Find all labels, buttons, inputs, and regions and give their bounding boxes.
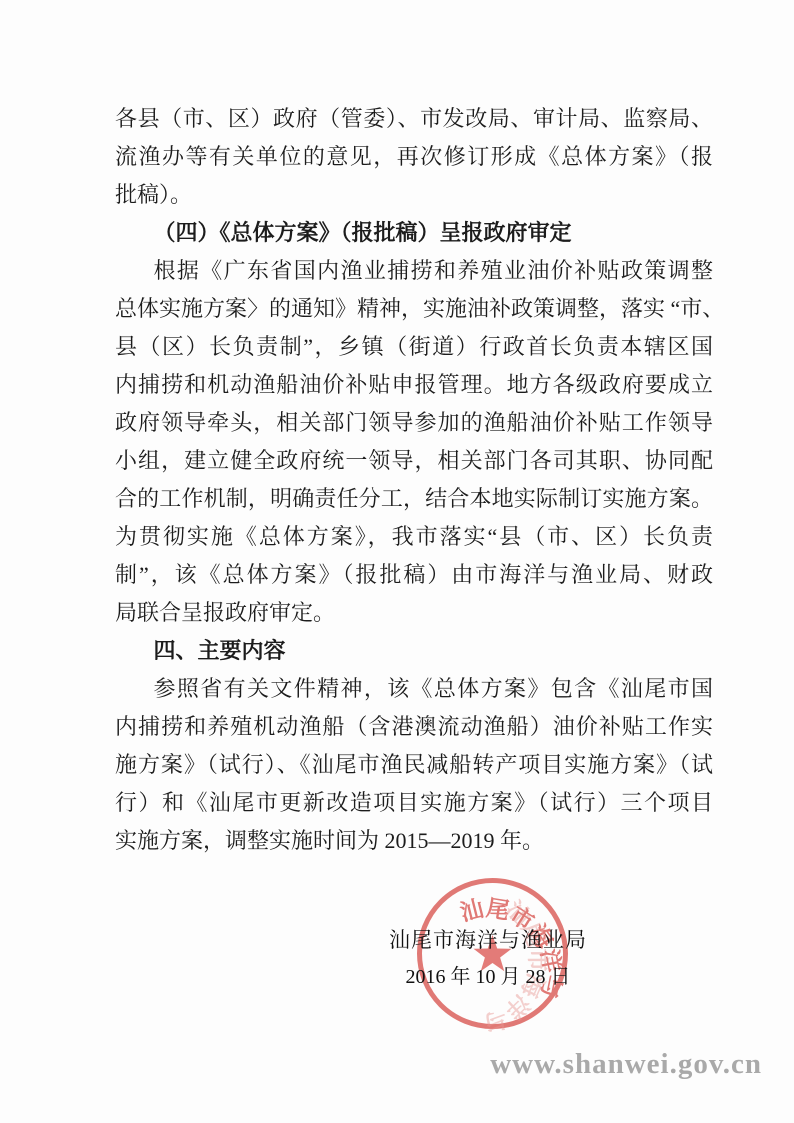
document-line: 县（区）长负责制”，乡镇（街道）行政首长负责本辖区国 xyxy=(115,328,713,366)
document-line: 政府领导牵头，相关部门领导参加的渔船油价补贴工作领导 xyxy=(115,404,713,442)
signature-block: 汕尾市海洋与渔业局 2016 年 10 月 28 日 xyxy=(368,921,608,995)
signature-date: 2016 年 10 月 28 日 xyxy=(368,959,608,995)
section-heading-main-content: 四、主要内容 xyxy=(115,632,713,670)
document-line: 为贯彻实施《总体方案》，我市落实“县（市、区）长负责 xyxy=(115,518,713,556)
document-line: 实施方案，调整实施时间为 2015—2019 年。 xyxy=(115,822,713,860)
document-line: 制”，该《总体方案》（报批稿）由市海洋与渔业局、财政 xyxy=(115,556,713,594)
document-page: 各县（市、区）政府（管委）、市发改局、审计局、监察局、 流渔办等有关单位的意见，… xyxy=(0,0,794,1123)
signature-org: 汕尾市海洋与渔业局 xyxy=(368,921,608,959)
document-line: 批稿）。 xyxy=(115,176,713,214)
site-watermark: www.shanwei.gov.cn xyxy=(490,1048,762,1081)
document-line: 流渔办等有关单位的意见，再次修订形成《总体方案》（报 xyxy=(115,138,713,176)
document-line: 小组，建立健全政府统一领导，相关部门各司其职、协同配 xyxy=(115,442,713,480)
document-line: 各县（市、区）政府（管委）、市发改局、审计局、监察局、 xyxy=(115,100,713,138)
document-line: 行）和《汕尾市更新改造项目实施方案》（试行）三个项目 xyxy=(115,784,713,822)
document-line: 根据《广东省国内渔业捕捞和养殖业油价补贴政策调整 xyxy=(115,252,713,290)
document-line: 参照省有关文件精神，该《总体方案》包含《汕尾市国 xyxy=(115,670,713,708)
section-heading-4: （四）《总体方案》（报批稿）呈报政府审定 xyxy=(115,214,713,252)
document-line: 局联合呈报政府审定。 xyxy=(115,594,713,632)
document-line: 内捕捞和养殖机动渔船（含港澳流动渔船）油价补贴工作实 xyxy=(115,708,713,746)
document-line: 内捕捞和机动渔船油价补贴申报管理。地方各级政府要成立 xyxy=(115,366,713,404)
document-body: 各县（市、区）政府（管委）、市发改局、审计局、监察局、 流渔办等有关单位的意见，… xyxy=(115,100,713,860)
document-line: 总体实施方案〉的通知》精神，实施油补政策调整，落实 “市、 xyxy=(115,290,713,328)
document-line: 合的工作机制，明确责任分工，结合本地实际制订实施方案。 xyxy=(115,480,713,518)
document-line: 施方案》（试行）、《汕尾市渔民减船转产项目实施方案》（试 xyxy=(115,746,713,784)
